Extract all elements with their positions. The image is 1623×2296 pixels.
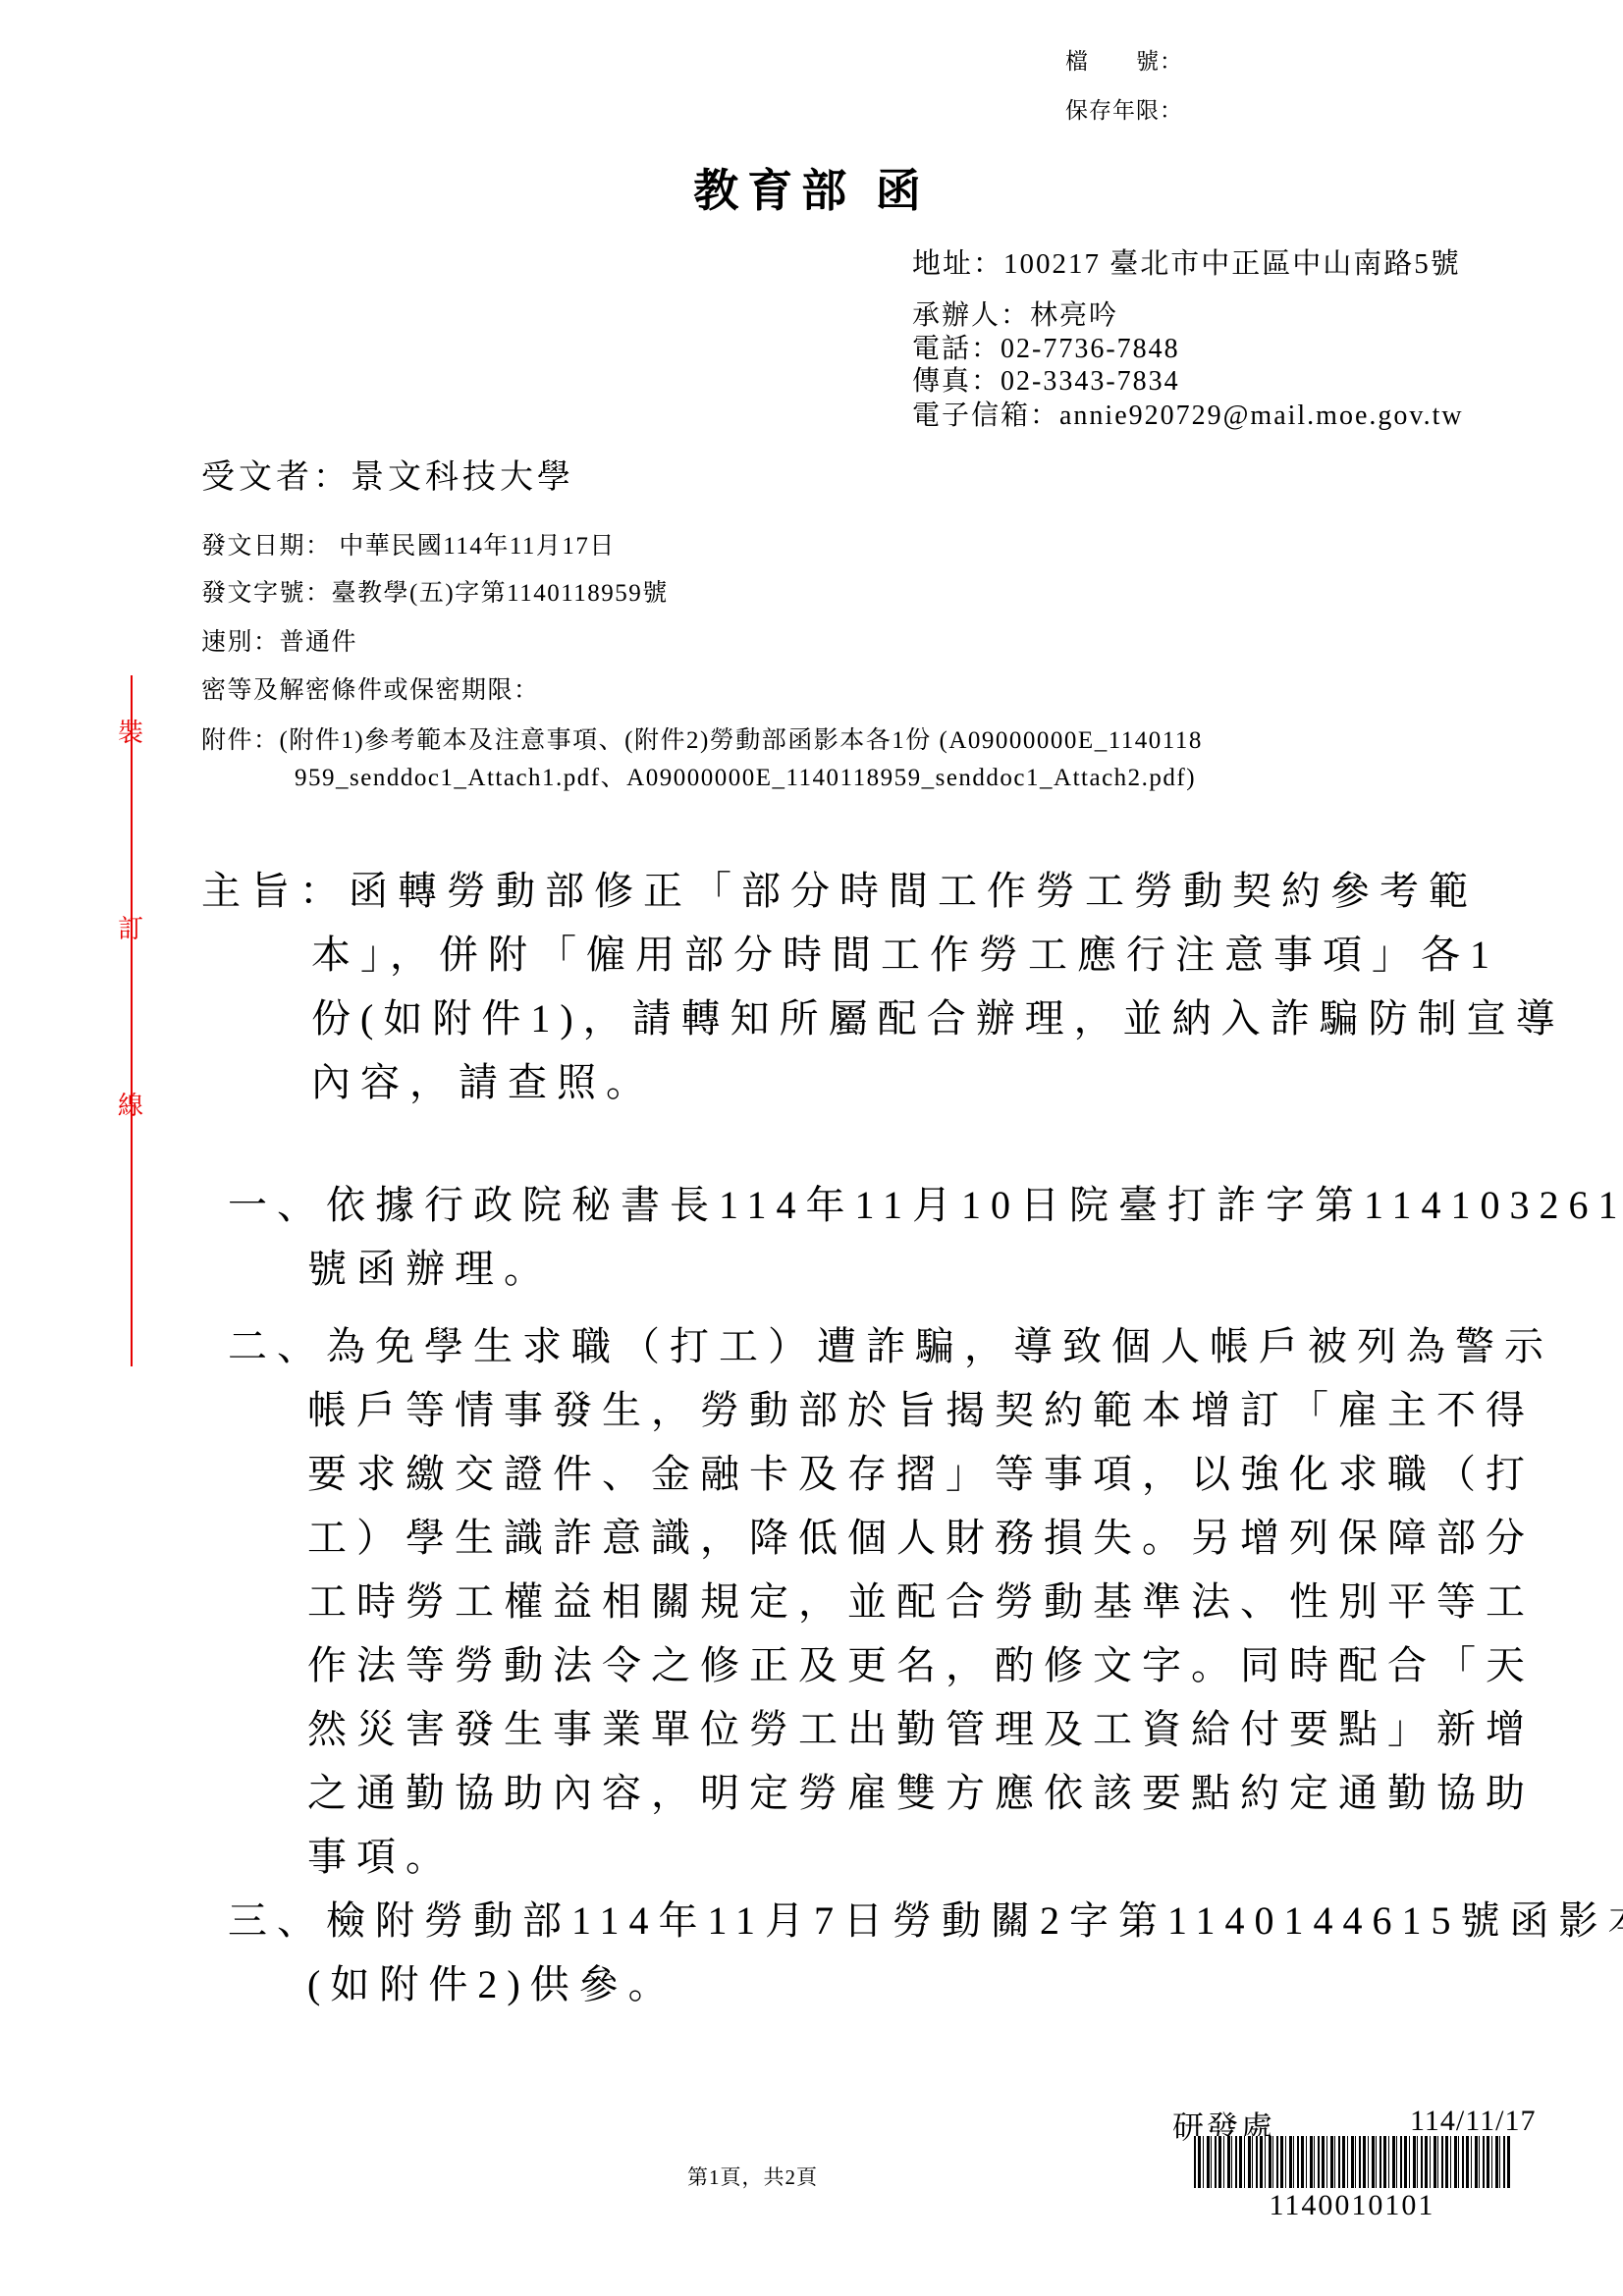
- body-line: 之通勤協助內容，明定勞雇雙方應依該要點約定通勤協助: [307, 1762, 1535, 1818]
- security-line: 密等及解密條件或保密期限：: [201, 670, 540, 706]
- body-line: 帳戶等情事發生，勞動部於旨揭契約範本增訂「雇主不得: [307, 1379, 1535, 1435]
- body-line: 工時勞工權益相關規定，並配合勞動基準法、性別平等工: [307, 1571, 1535, 1627]
- body-line: 要求繳交證件、金融卡及存摺」等事項，以強化求職（打: [307, 1443, 1535, 1499]
- document-page: 檔 號： 保存年限： 教育部 函 地址：100217 臺北市中正區中山南路5號 …: [0, 0, 1623, 2296]
- speed-line: 速別：普通件: [201, 622, 357, 658]
- issue-date-line: 發文日期： 中華民國114年11月17日: [201, 526, 616, 561]
- sender-fax: 傳真：02-3343-7834: [912, 359, 1180, 399]
- stamp-date: 114/11/17: [1410, 2105, 1536, 2138]
- body-line: 三、檢附勞動部114年11月7日勞動關2字第1140144615號函影本: [228, 1890, 1623, 1946]
- retention-label: 保存年限：: [1065, 92, 1183, 125]
- attachment-line-2: 959_senddoc1_Attach1.pdf、A09000000E_1140…: [295, 758, 1196, 793]
- body-line: 一、依據行政院秘書長114年11月10日院臺打詐字第1141032617: [228, 1174, 1623, 1230]
- binding-mark-zhuang: 裝: [118, 721, 143, 746]
- binding-mark-xian: 線: [118, 1094, 143, 1119]
- barcode: [1194, 2136, 1510, 2188]
- body-line: (如附件2)供參。: [307, 1953, 677, 2009]
- body-line: 工）學生識詐意識，降低個人財務損失。另增列保障部分: [307, 1507, 1535, 1563]
- body-line: 事項。: [307, 1826, 455, 1882]
- barcode-number: 1140010101: [1194, 2189, 1510, 2222]
- sender-email: 電子信箱：annie920729@mail.moe.gov.tw: [912, 394, 1464, 433]
- body-line: 然災害發生事業單位勞工出勤管理及工資給付要點」新增: [307, 1698, 1535, 1754]
- page-footer: 第1頁，共2頁: [687, 2162, 818, 2191]
- file-number-label: 檔 號：: [1065, 43, 1183, 76]
- body-line: 號函辦理。: [307, 1238, 553, 1294]
- binding-line: [131, 675, 133, 1366]
- subject-line: 內容，請查照。: [311, 1051, 655, 1107]
- recipient-line: 受文者：景文科技大學: [201, 450, 574, 498]
- body-line: 二、為免學生求職（打工）遭詐騙，導致個人帳戶被列為警示: [228, 1315, 1553, 1371]
- subject-line: 主旨：函轉勞動部修正「部分時間工作勞工勞動契約參考範: [201, 860, 1478, 916]
- binding-mark-ding: 訂: [118, 917, 143, 942]
- body-line: 作法等勞動法令之修正及更名，酌修文字。同時配合「天: [307, 1634, 1535, 1690]
- doc-number-line: 發文字號：臺教學(五)字第1140118959號: [201, 573, 669, 609]
- sender-address: 地址：100217 臺北市中正區中山南路5號: [912, 241, 1461, 282]
- subject-line: 份(如附件1)，請轉知所屬配合辦理，並納入詐騙防制宣導: [311, 988, 1565, 1043]
- attachment-line-1: 附件：(附件1)參考範本及注意事項、(附件2)勞動部函影本各1份 (A09000…: [201, 721, 1203, 756]
- subject-line: 本」，併附「僱用部分時間工作勞工應行注意事項」各1: [311, 924, 1499, 980]
- document-title: 教育部 函: [0, 155, 1623, 220]
